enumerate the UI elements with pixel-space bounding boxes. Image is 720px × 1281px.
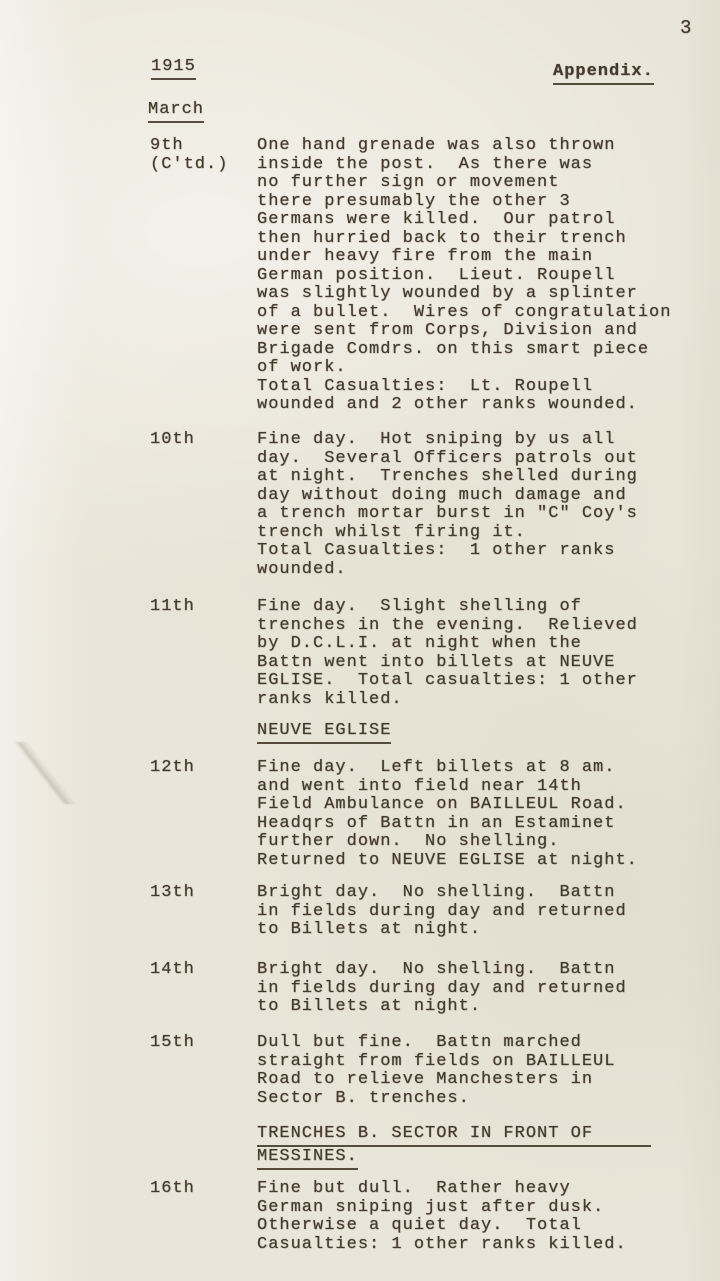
entry-line: German position. Lieut. Roupell — [257, 267, 680, 286]
entry-line: Dull but fine. Battn marched — [257, 1034, 680, 1053]
diary-entry-13th: 13th Bright day. No shelling. Battn in f… — [150, 884, 680, 940]
entry-date-column: 14th — [150, 961, 257, 1017]
entry-line: Casualties: 1 other ranks killed. — [257, 1236, 680, 1255]
entry-body: Fine day. Slight shelling of trenches in… — [257, 598, 680, 709]
entry-line: were sent from Corps, Division and — [257, 322, 680, 341]
entry-date: 11th — [150, 598, 257, 617]
entry-line: under heavy fire from the main — [257, 248, 680, 267]
entry-body: One hand grenade was also thrown inside … — [257, 137, 680, 415]
entry-date-column: 11th — [150, 598, 257, 709]
heading-line: MESSINES. — [257, 1147, 358, 1170]
entry-line: of a bullet. Wires of congratulation — [257, 304, 680, 323]
entry-line: Bright day. No shelling. Battn — [257, 884, 680, 903]
entry-line: further down. No shelling. — [257, 833, 680, 852]
entry-body: Fine day. Left billets at 8 am. and went… — [257, 759, 680, 870]
entry-date: 14th — [150, 961, 257, 980]
diary-entry-11th: 11th Fine day. Slight shelling of trench… — [150, 598, 680, 709]
diary-entry-12th: 12th Fine day. Left billets at 8 am. and… — [150, 759, 680, 870]
entry-date-column: 16th — [150, 1180, 257, 1254]
entry-line: EGLISE. Total casualties: 1 other — [257, 672, 680, 691]
entry-line: Returned to NEUVE EGLISE at night. — [257, 852, 680, 871]
entry-line: Fine day. Hot sniping by us all — [257, 431, 680, 450]
entry-line: then hurried back to their trench — [257, 230, 680, 249]
entry-date: 12th — [150, 759, 257, 778]
entry-line: no further sign or movement — [257, 174, 680, 193]
entry-line: day. Several Officers patrols out — [257, 450, 680, 469]
diary-entry-16th: 16th Fine but dull. Rather heavy German … — [150, 1180, 680, 1254]
entry-line: at night. Trenches shelled during — [257, 468, 680, 487]
entry-line: to Billets at night. — [257, 998, 680, 1017]
entry-line: day without doing much damage and — [257, 487, 680, 506]
entry-line: there presumably the other 3 — [257, 193, 680, 212]
diary-page: { "colors": { "paper": "#e9e5d8", "ink":… — [0, 0, 720, 1281]
entry-line: Battn went into billets at NEUVE — [257, 654, 680, 673]
entry-line: Headqrs of Battn in an Estaminet — [257, 815, 680, 834]
entry-line: Road to relieve Manchesters in — [257, 1071, 680, 1090]
entry-line: Total Casualties: 1 other ranks — [257, 542, 680, 561]
entry-date: 16th — [150, 1180, 257, 1199]
entry-line: Otherwise a quiet day. Total — [257, 1217, 680, 1236]
entry-line: One hand grenade was also thrown — [257, 137, 680, 156]
entry-line: of work. — [257, 359, 680, 378]
section-heading-trenches-b-sector: TRENCHES B. SECTOR IN FRONT OF MESSINES. — [257, 1124, 651, 1170]
diary-entry-9th: 9th (C'td.) One hand grenade was also th… — [150, 137, 680, 415]
entry-line: Germans were killed. Our patrol — [257, 211, 680, 230]
entry-date-column: 13th — [150, 884, 257, 940]
entry-body: Bright day. No shelling. Battn in fields… — [257, 961, 680, 1017]
entry-date-note: (C'td.) — [150, 156, 257, 175]
entry-date-column: 15th — [150, 1034, 257, 1108]
entry-date: 10th — [150, 431, 257, 450]
entry-line: by D.C.L.I. at night when the — [257, 635, 680, 654]
diary-entry-15th: 15th Dull but fine. Battn marched straig… — [150, 1034, 680, 1108]
entry-date-column: 9th (C'td.) — [150, 137, 257, 415]
entry-body: Fine day. Hot sniping by us all day. Sev… — [257, 431, 680, 579]
entry-body: Fine but dull. Rather heavy German snipi… — [257, 1180, 680, 1254]
entry-line: trench whilst firing it. — [257, 524, 680, 543]
entry-date-column: 12th — [150, 759, 257, 870]
entry-line: to Billets at night. — [257, 921, 680, 940]
section-heading-neuve-eglise: NEUVE EGLISE — [257, 721, 391, 744]
entry-line: Total Casualties: Lt. Roupell — [257, 378, 680, 397]
entry-date-column: 10th — [150, 431, 257, 579]
entry-line: was slightly wounded by a splinter — [257, 285, 680, 304]
entry-date: 13th — [150, 884, 257, 903]
entry-line: ranks killed. — [257, 691, 680, 710]
entry-line: in fields during day and returned — [257, 903, 680, 922]
entry-line: wounded. — [257, 561, 680, 580]
entry-line: Brigade Comdrs. on this smart piece — [257, 341, 680, 360]
entry-date: 9th — [150, 137, 257, 156]
heading-line: NEUVE EGLISE — [257, 721, 391, 744]
entry-line: Field Ambulance on BAILLEUL Road. — [257, 796, 680, 815]
entry-line: wounded and 2 other ranks wounded. — [257, 396, 680, 415]
page-number: 3 — [680, 19, 692, 38]
year-label: 1915 — [151, 58, 196, 80]
entry-line: in fields during day and returned — [257, 980, 680, 999]
entry-body: Bright day. No shelling. Battn in fields… — [257, 884, 680, 940]
paper-crease-mark — [8, 742, 80, 804]
entry-line: German sniping just after dusk. — [257, 1199, 680, 1218]
entry-line: Fine day. Slight shelling of — [257, 598, 680, 617]
entry-line: a trench mortar burst in "C" Coy's — [257, 505, 680, 524]
entry-body: Dull but fine. Battn marched straight fr… — [257, 1034, 680, 1108]
month-label: March — [148, 101, 204, 123]
entry-line: straight from fields on BAILLEUL — [257, 1053, 680, 1072]
entry-line: and went into field near 14th — [257, 778, 680, 797]
entry-line: Sector B. trenches. — [257, 1090, 680, 1109]
entry-line: Fine but dull. Rather heavy — [257, 1180, 680, 1199]
diary-entry-14th: 14th Bright day. No shelling. Battn in f… — [150, 961, 680, 1017]
diary-entry-10th: 10th Fine day. Hot sniping by us all day… — [150, 431, 680, 579]
heading-line: TRENCHES B. SECTOR IN FRONT OF — [257, 1124, 651, 1147]
entry-line: trenches in the evening. Relieved — [257, 617, 680, 636]
appendix-label: Appendix. — [553, 63, 654, 85]
entry-line: Bright day. No shelling. Battn — [257, 961, 680, 980]
entry-date: 15th — [150, 1034, 257, 1053]
entry-line: Fine day. Left billets at 8 am. — [257, 759, 680, 778]
entry-line: inside the post. As there was — [257, 156, 680, 175]
